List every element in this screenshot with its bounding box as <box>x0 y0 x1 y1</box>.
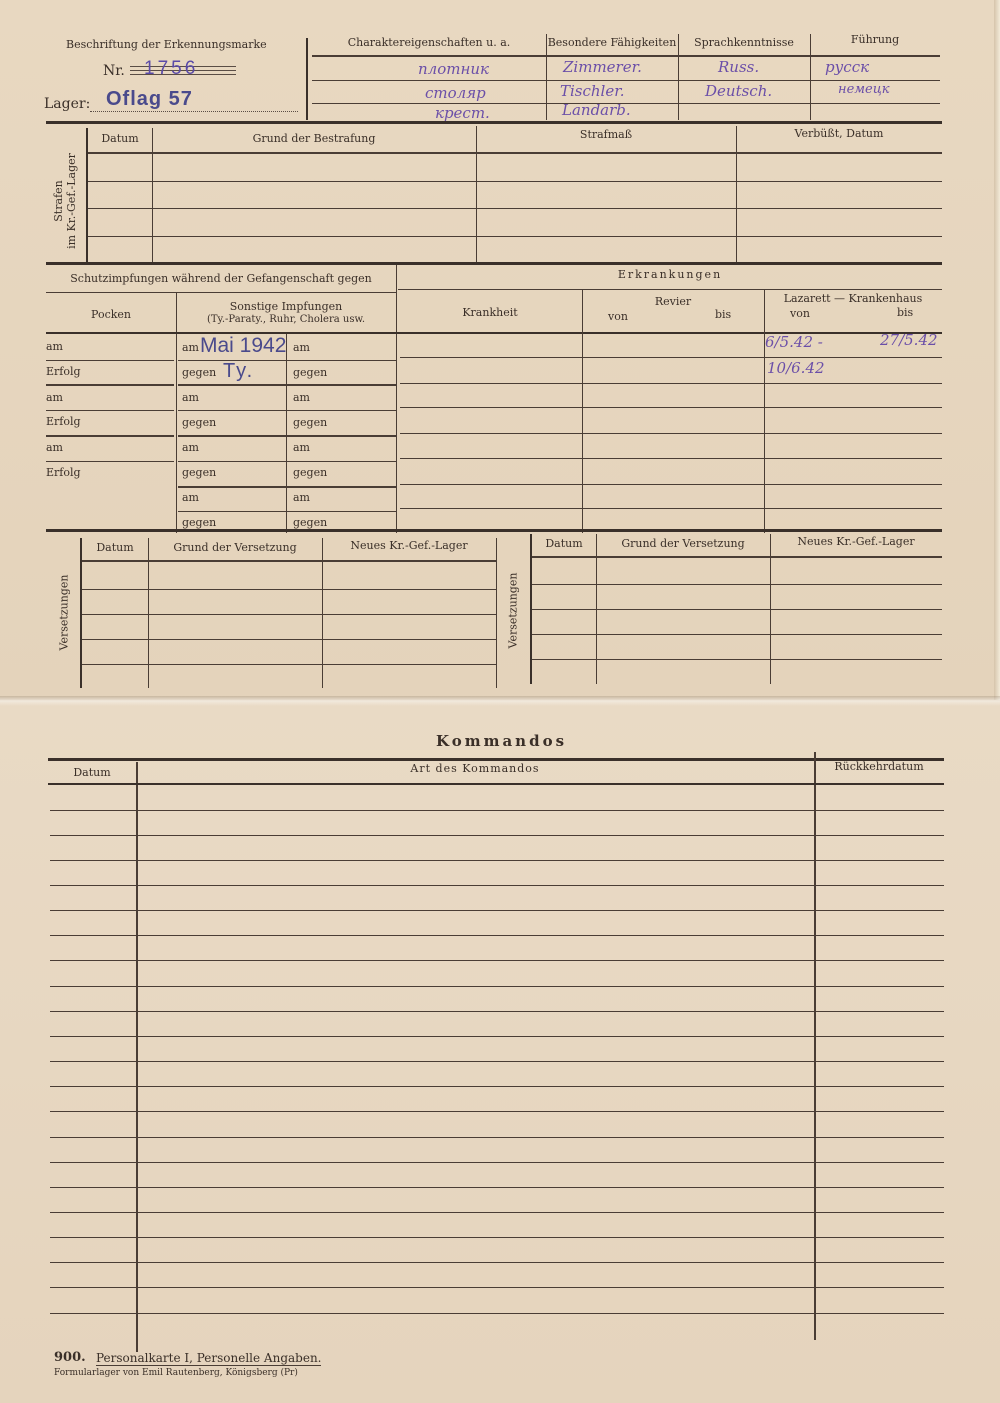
impfungen-title: Schutzimpfungen während der Gefangenscha… <box>46 272 396 285</box>
fold-line <box>0 696 1000 706</box>
strafen-col-strafmass: Strafmaß <box>476 128 736 141</box>
impf-date-stamp: Mai 1942 <box>200 334 286 358</box>
krankheit-header: Krankheit <box>398 306 582 319</box>
pocken-erfolg-1: Erfolg <box>46 365 81 378</box>
erkennungsmarke-label: Beschriftung der Erkennungsmarke <box>66 38 267 51</box>
lazarett-bis-1: 27/5.42 <box>880 331 938 349</box>
col-faehigkeiten-header: Besondere Fähigkeiten <box>546 36 678 49</box>
sonstige-gegen-1: gegen <box>182 366 216 379</box>
faehigkeiten-value-1: Zimmerer. <box>563 58 642 76</box>
sprache-value-1: Russ. <box>718 58 759 76</box>
strafen-side-label: Strafen im Kr.-Gef.-Lager <box>52 146 78 256</box>
sonstige-gegen-2b: gegen <box>293 416 327 429</box>
sonstige-gegen-4b: gegen <box>293 516 327 529</box>
versetzung-left-col-datum: Datum <box>82 541 148 554</box>
sonstige-gegen-4: gegen <box>182 516 216 529</box>
sonstige-gegen-3: gegen <box>182 466 216 479</box>
sonstige-gegen-1b: gegen <box>293 366 327 379</box>
pocken-erfolg-2: Erfolg <box>46 415 81 428</box>
sonstige-am-4: am <box>182 491 199 504</box>
charakter-value-1: плотник <box>418 60 489 78</box>
lazarett-bis: bis <box>897 306 913 319</box>
form-number: 900. <box>54 1350 86 1365</box>
revier-header: Revier <box>582 295 764 308</box>
sonstige-am-1b: am <box>293 341 310 354</box>
sonstige-am-2: am <box>182 391 199 404</box>
pocken-header: Pocken <box>46 308 176 321</box>
kommandos-col-art: Art des Kommandos <box>136 762 814 775</box>
col-sprache-header: Sprachkenntnisse <box>678 36 810 49</box>
kommandos-col-rueckkehr: Rückkehrdatum <box>814 760 944 773</box>
sonstige-gegen-3b: gegen <box>293 466 327 479</box>
pocken-am-3: am <box>46 441 63 454</box>
sonstige-am-3b: am <box>293 441 310 454</box>
fuehrung-value-2: немецк <box>838 82 890 97</box>
revier-von: von <box>608 310 628 323</box>
col-fuehrung-header: Führung <box>810 33 940 46</box>
lazarett-von: von <box>790 307 810 320</box>
versetzung-right-col-lager: Neues Kr.-Gef.-Lager <box>770 535 942 548</box>
sonstige-header: Sonstige Impfungen <box>176 300 396 313</box>
pocken-erfolg-3: Erfolg <box>46 466 81 479</box>
strafen-col-verbuesst: Verbüßt, Datum <box>736 127 942 140</box>
versetzungen-side-label-left: Versetzungen <box>58 563 71 663</box>
sonstige-am-1: am <box>182 341 199 354</box>
versetzung-right-col-grund: Grund der Versetzung <box>596 537 770 550</box>
lazarett-header: Lazarett — Krankenhaus <box>764 292 942 305</box>
col-charakter-header: Charaktereigenschaften u. a. <box>312 36 546 49</box>
lager-label: Lager: <box>44 96 90 112</box>
versetzungen-side-label-right: Versetzungen <box>507 561 520 661</box>
kommandos-col-datum: Datum <box>48 766 136 779</box>
form-publisher: Formularlager von Emil Rautenberg, König… <box>54 1368 298 1378</box>
form-title: Personalkarte I, Personelle Angaben. <box>96 1351 321 1366</box>
nr-label: Nr. <box>103 63 125 79</box>
faehigkeiten-value-2: Tischler. <box>560 82 625 100</box>
charakter-value-2: столяр <box>425 84 486 102</box>
card-bottom-half <box>0 700 1000 1403</box>
lager-stamp: Oflag 57 <box>106 88 193 111</box>
nr-value: 1756 <box>144 58 198 80</box>
erkrankungen-title: Erkrankungen <box>398 268 942 281</box>
strafen-col-grund: Grund der Bestrafung <box>152 132 476 145</box>
versetzung-right-col-datum: Datum <box>532 537 596 550</box>
charakter-value-3: крест. <box>435 104 490 122</box>
impf-type-stamp: Ty. <box>223 360 254 383</box>
sonstige-am-2b: am <box>293 391 310 404</box>
lazarett-von-2: 10/6.42 <box>767 359 825 377</box>
faehigkeiten-value-3: Landarb. <box>562 101 631 119</box>
versetzung-left-col-lager: Neues Kr.-Gef.-Lager <box>322 539 496 552</box>
revier-bis: bis <box>715 308 731 321</box>
lazarett-von-1: 6/5.42 - <box>765 333 823 351</box>
sonstige-gegen-2: gegen <box>182 416 216 429</box>
versetzung-left-col-grund: Grund der Versetzung <box>148 541 322 554</box>
strafen-col-datum: Datum <box>88 132 152 145</box>
paper-edge <box>994 0 1000 700</box>
sonstige-am-3: am <box>182 441 199 454</box>
fuehrung-value-1: русск <box>825 58 869 76</box>
kommandos-title: Kommandos <box>436 732 567 750</box>
sonstige-am-4b: am <box>293 491 310 504</box>
pocken-am-1: am <box>46 340 63 353</box>
pocken-am-2: am <box>46 391 63 404</box>
sonstige-subheader: (Ty.-Paraty., Ruhr, Cholera usw. <box>176 314 396 325</box>
sprache-value-2: Deutsch. <box>705 82 772 100</box>
